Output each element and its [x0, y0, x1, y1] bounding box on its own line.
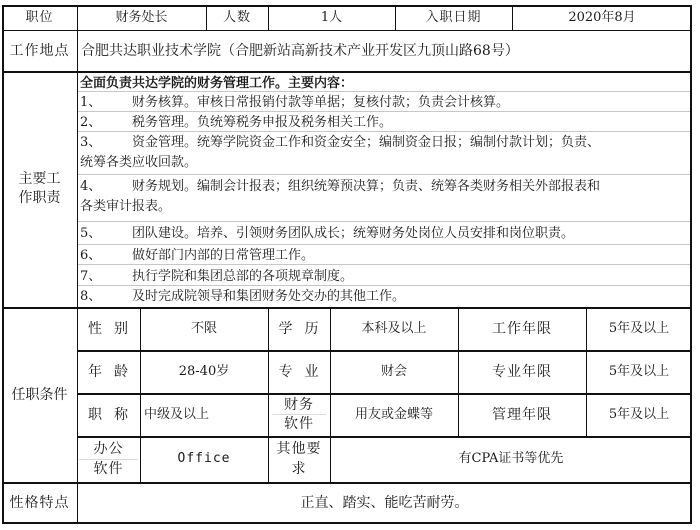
duty-number: 1、 [80, 95, 132, 111]
duty-text: 资金管理。统筹学院资金工作和资金安全；编制资金日报；编制付款计划；负责、 [132, 135, 600, 150]
position-value: 财务处长 [77, 5, 206, 30]
duty-item-5: 5、团队建设。培养、引领财务团队成长；统筹财务处岗位人员安排和岗位职责。 [77, 226, 574, 242]
major-label: 专 业 [268, 350, 330, 393]
headcount-value: 1人 [268, 5, 395, 30]
location-value: 合肥共达职业技术学院（合肥新站高新技术产业开发区九顶山路68号） [77, 30, 692, 71]
office-software-label-line2: 软件 [94, 459, 124, 479]
job-description-table: 职位 财务处长 人数 1人 入职日期 2020年8月 工作地点 合肥共达职业技术… [2, 5, 692, 524]
duties-intro: 全面负责共达学院的财务管理工作。主要内容： [77, 76, 353, 92]
duty-item-4-cont: 各类审计报表。 [77, 199, 171, 215]
duty-number: 5、 [80, 226, 132, 242]
mgmt-years-value: 5年及以上 [586, 393, 692, 436]
duty-number: 8、 [80, 289, 132, 305]
personality-label: 性格特点 [2, 482, 77, 524]
personality-value: 正直、踏实、能吃苦耐劳。 [77, 482, 692, 524]
duty-number: 7、 [80, 269, 132, 285]
title-value: 中级及以上 [140, 393, 268, 436]
position-label: 职位 [2, 5, 77, 30]
duty-text: 团队建设。培养、引领财务团队成长；统筹财务处岗位人员安排和岗位职责。 [132, 226, 574, 241]
other-requirements-value: 有CPA证书等优先 [330, 436, 692, 482]
age-value: 28-40岁 [140, 350, 268, 393]
age-label: 年 龄 [77, 350, 140, 393]
start-date-value: 2020年8月 [512, 5, 692, 30]
major-years-label: 专业年限 [458, 350, 586, 393]
duties-label-line1: 主要工 [19, 170, 61, 189]
duties-label-line2: 作职责 [19, 189, 61, 208]
location-label: 工作地点 [2, 30, 77, 71]
education-label: 学 历 [268, 307, 330, 350]
gender-value: 不限 [140, 307, 268, 350]
mgmt-years-label: 管理年限 [458, 393, 586, 436]
duty-number: 3、 [80, 135, 132, 151]
duty-item-3-cont: 统筹各类应收回款。 [77, 155, 197, 171]
other-requirements-label: 其他要 求 [268, 436, 330, 482]
requirements-label: 任职条件 [2, 307, 77, 482]
duty-number: 4、 [80, 179, 132, 195]
duty-item-7: 7、执行学院和集团总部的各项规章制度。 [77, 269, 353, 285]
duty-item-1: 1、财务核算。审核日常报销付款等单据；复核付款；负责会计核算。 [77, 95, 509, 111]
gender-label: 性 别 [77, 307, 140, 350]
fin-software-label-line1: 财务 [284, 396, 314, 415]
major-value: 财会 [330, 350, 458, 393]
duty-text: 财务规划。编制会计报表；组织统筹预决算；负责、统筹各类财务相关外部报表和 [132, 179, 600, 194]
start-date-label: 入职日期 [395, 5, 512, 30]
duty-number: 6、 [80, 248, 132, 264]
office-software-value: Office [140, 436, 268, 482]
fin-software-value: 用友或金蝶等 [330, 393, 458, 436]
title-label: 职 称 [77, 393, 140, 436]
duty-text: 税务管理。负统筹税务申报及税务相关工作。 [132, 115, 392, 130]
duty-number: 2、 [80, 115, 132, 131]
duty-item-4: 4、财务规划。编制会计报表；组织统筹预决算；负责、统筹各类财务相关外部报表和 [77, 179, 600, 195]
education-value: 本科及以上 [330, 307, 458, 350]
fin-software-label-line2: 软件 [284, 415, 314, 434]
duty-text: 财务核算。审核日常报销付款等单据；复核付款；负责会计核算。 [132, 95, 509, 110]
work-years-value: 5年及以上 [586, 307, 692, 350]
duty-text: 执行学院和集团总部的各项规章制度。 [132, 269, 353, 284]
other-label-line2: 求 [292, 459, 307, 479]
headcount-label: 人数 [206, 5, 268, 30]
duty-item-3: 3、资金管理。统筹学院资金工作和资金安全；编制资金日报；编制付款计划；负责、 [77, 135, 600, 151]
office-software-label-line1: 办公 [94, 439, 124, 459]
duty-item-8: 8、及时完成院领导和集团财务处交办的其他工作。 [77, 289, 405, 305]
other-label-line1: 其他要 [277, 439, 322, 459]
duty-item-6: 6、做好部门内部的日常管理工作。 [77, 248, 314, 264]
work-years-label: 工作年限 [458, 307, 586, 350]
duty-item-2: 2、税务管理。负统筹税务申报及税务相关工作。 [77, 115, 392, 131]
duty-text: 做好部门内部的日常管理工作。 [132, 248, 314, 263]
duties-label: 主要工 作职责 [2, 71, 77, 307]
major-years-value: 5年及以上 [586, 350, 692, 393]
duty-text: 及时完成院领导和集团财务处交办的其他工作。 [132, 289, 405, 304]
